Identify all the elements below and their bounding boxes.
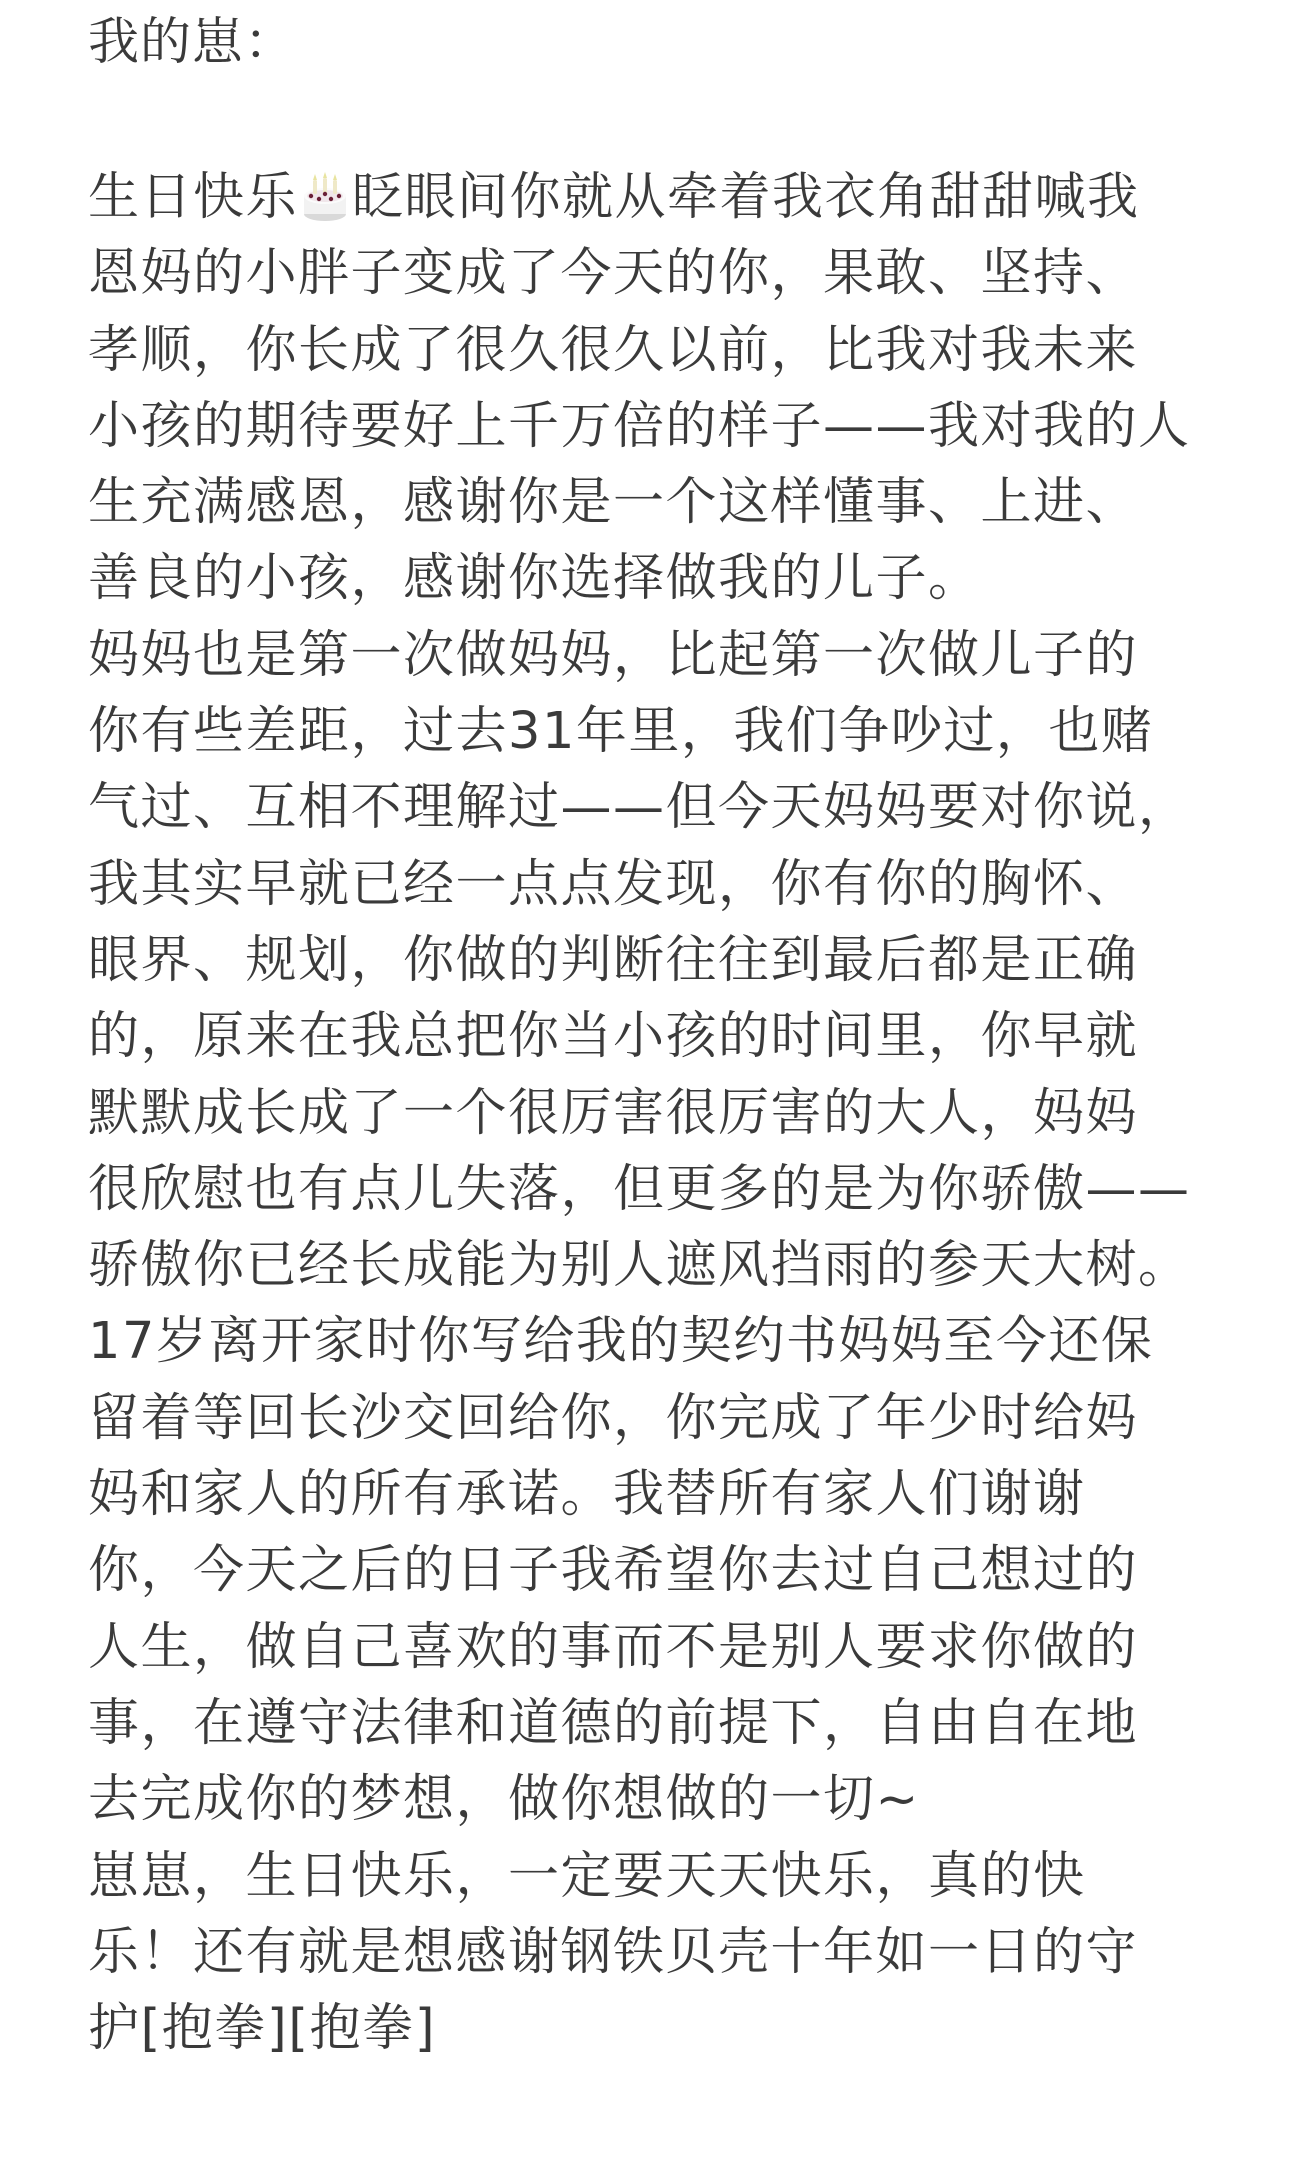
letter-line: 骄傲你已经长成能为别人遮风挡雨的参天大树。 xyxy=(88,1228,1268,1304)
line-text-before-emoji: 生日快乐 xyxy=(88,168,298,227)
letter-line: 眼界、规划，你做的判断往往到最后都是正确 xyxy=(88,923,1268,999)
letter-body: 生日快乐 眨眼间你就从牵着我衣角甜甜喊我 恩妈的小胖子变成了今天的你，果敢、坚持… xyxy=(88,160,1268,2067)
letter-line: 妈妈也是第一次做妈妈，比起第一次做儿子的 xyxy=(88,618,1268,694)
letter-line: 妈和家人的所有承诺。我替所有家人们谢谢 xyxy=(88,1457,1268,1533)
letter-line: 善良的小孩，感谢你选择做我的儿子。 xyxy=(88,541,1268,617)
letter-line: 17岁离开家时你写给我的契约书妈妈至今还保 xyxy=(88,1304,1268,1380)
letter-line: 乐！还有就是想感谢钢铁贝壳十年如一日的守 xyxy=(88,1915,1268,1991)
letter-line: 生充满感恩，感谢你是一个这样懂事、上进、 xyxy=(88,465,1268,541)
letter-line: 我其实早就已经一点点发现，你有你的胸怀、 xyxy=(88,847,1268,923)
letter-line: 去完成你的梦想，做你想做的一切~ xyxy=(88,1762,1268,1838)
line-text-after-emoji: 眨眼间你就从牵着我衣角甜甜喊我 xyxy=(352,168,1140,227)
letter-line: 事，在遵守法律和道德的前提下，自由自在地 xyxy=(88,1686,1268,1762)
letter-line: 小孩的期待要好上千万倍的样子——我对我的人 xyxy=(88,389,1268,465)
letter-line: 的，原来在我总把你当小孩的时间里，你早就 xyxy=(88,999,1268,1075)
letter-line: 人生，做自己喜欢的事而不是别人要求你做的 xyxy=(88,1610,1268,1686)
letter-line: 崽崽，生日快乐，一定要天天快乐，真的快 xyxy=(88,1839,1268,1915)
letter-line: 留着等回长沙交回给你，你完成了年少时给妈 xyxy=(88,1381,1268,1457)
letter-line: 你，今天之后的日子我希望你去过自己想过的 xyxy=(88,1533,1268,1609)
letter-line: 恩妈的小胖子变成了今天的你，果敢、坚持、 xyxy=(88,236,1268,312)
letter-line: 孝顺，你长成了很久很久以前，比我对我未来 xyxy=(88,313,1268,389)
letter-line: 很欣慰也有点儿失落，但更多的是为你骄傲—— xyxy=(88,1152,1268,1228)
birthday-cake-icon xyxy=(300,170,350,222)
letter-line: 护[抱拳][抱拳] xyxy=(88,1991,1268,2067)
letter-line: 默默成长成了一个很厉害很厉害的大人，妈妈 xyxy=(88,1076,1268,1152)
letter-greeting: 我的崽： xyxy=(88,5,296,81)
letter-line: 生日快乐 眨眼间你就从牵着我衣角甜甜喊我 xyxy=(88,160,1268,236)
letter-line: 气过、互相不理解过——但今天妈妈要对你说， xyxy=(88,770,1268,846)
letter-line: 你有些差距，过去31年里，我们争吵过，也赌 xyxy=(88,694,1268,770)
